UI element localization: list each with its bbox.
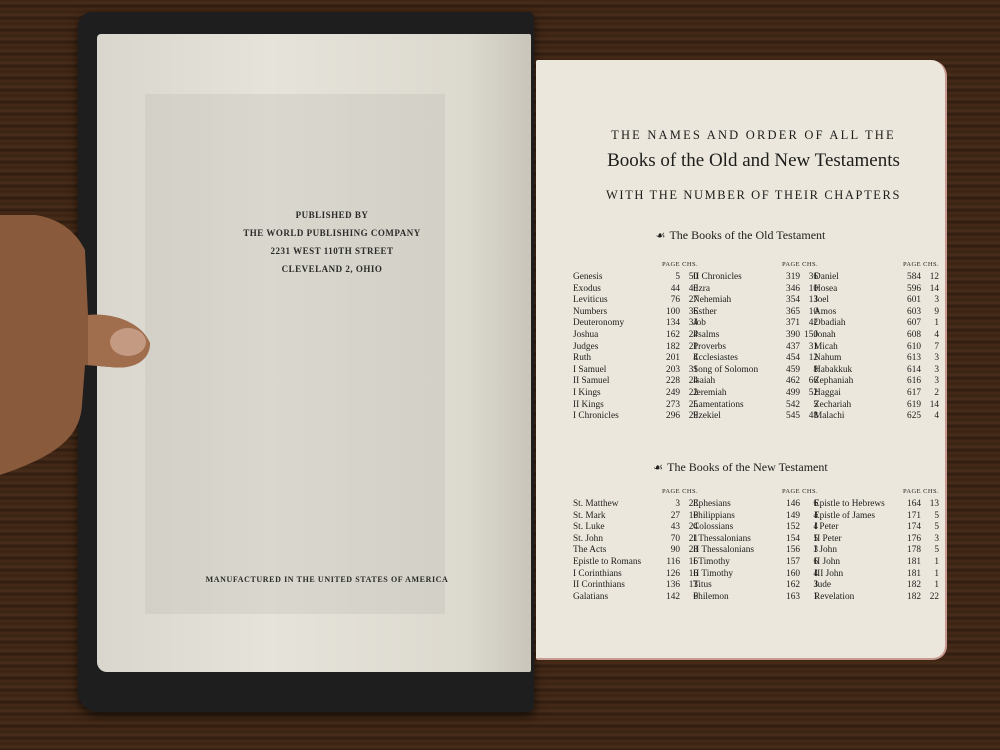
ornament-icon: ☙ xyxy=(656,230,666,242)
page-header: PAGE xyxy=(897,261,921,268)
book-page: 160 xyxy=(776,569,800,581)
book-chapters: 2 xyxy=(921,388,939,400)
book-row: II Thessalonians1563 xyxy=(693,545,818,557)
book-name: Ruth xyxy=(573,353,656,365)
book-page: 619 xyxy=(897,400,921,412)
book-name: Joel xyxy=(814,295,897,307)
book-chapters: 1 xyxy=(921,569,939,581)
new-testament-heading: ☙The Books of the New Testament xyxy=(536,460,945,475)
book-row: Daniel58412 xyxy=(814,272,939,284)
book-name: Habakkuk xyxy=(814,365,897,377)
book-row: St. John7021 xyxy=(573,534,698,546)
book-name: II Kings xyxy=(573,400,656,412)
book-page: 43 xyxy=(656,522,680,534)
book-row: Lamentations5425 xyxy=(693,400,818,412)
book-row: Deuteronomy13434 xyxy=(573,318,698,330)
book-row: Numbers10036 xyxy=(573,307,698,319)
book-page: 182 xyxy=(656,342,680,354)
book-page: 354 xyxy=(776,295,800,307)
book-page: 203 xyxy=(656,365,680,377)
book-name: Judges xyxy=(573,342,656,354)
column-header: PAGECHS. xyxy=(814,261,939,272)
book-row: Colossians1524 xyxy=(693,522,818,534)
book-row: Song of Solomon4598 xyxy=(693,365,818,377)
book-chapters: 1 xyxy=(921,557,939,569)
book-page: 617 xyxy=(897,388,921,400)
book-page: 614 xyxy=(897,365,921,377)
book-row: I John1785 xyxy=(814,545,939,557)
index-title-line3: WITH THE NUMBER OF THEIR CHAPTERS xyxy=(576,188,931,203)
book-page: 545 xyxy=(776,411,800,423)
book-page: 154 xyxy=(776,534,800,546)
published-by: PUBLISHED BY xyxy=(227,206,437,224)
page-header: PAGE xyxy=(656,261,680,268)
book-page: 164 xyxy=(897,499,921,511)
book-page: 390 xyxy=(776,330,800,342)
book-row: Ezra34610 xyxy=(693,284,818,296)
book-name: Galatians xyxy=(573,592,656,604)
book-page: 156 xyxy=(776,545,800,557)
book-name: I John xyxy=(814,545,897,557)
chs-header: CHS. xyxy=(921,488,939,495)
book-row: Jude1821 xyxy=(814,580,939,592)
book-chapters: 14 xyxy=(921,284,939,296)
hand xyxy=(0,215,150,475)
book-row: Micah6107 xyxy=(814,342,939,354)
book-name: Epistle of James xyxy=(814,511,897,523)
book-name: I Kings xyxy=(573,388,656,400)
book-page: 462 xyxy=(776,376,800,388)
book-row: Joel6013 xyxy=(814,295,939,307)
book-name: Epistle to Romans xyxy=(573,557,656,569)
page-header: PAGE xyxy=(776,488,800,495)
book-row: I Thessalonians1545 xyxy=(693,534,818,546)
book-row: Leviticus7627 xyxy=(573,295,698,307)
book-page: 346 xyxy=(776,284,800,296)
book-page: 162 xyxy=(776,580,800,592)
book-page: 228 xyxy=(656,376,680,388)
book-row: Nehemiah35413 xyxy=(693,295,818,307)
book-row: Ephesians1466 xyxy=(693,499,818,511)
book-name: Epistle to Hebrews xyxy=(814,499,897,511)
book-name: I Chronicles xyxy=(573,411,656,423)
book-column: PAGECHS.Daniel58412Hosea59614Joel6013Amo… xyxy=(814,261,939,423)
book-row: Exodus4440 xyxy=(573,284,698,296)
book-name: Haggai xyxy=(814,388,897,400)
book-page: 174 xyxy=(897,522,921,534)
book-name: Esther xyxy=(693,307,776,319)
book-page: 319 xyxy=(776,272,800,284)
book-page: 181 xyxy=(897,569,921,581)
book-row: III John1811 xyxy=(814,569,939,581)
book-page: 162 xyxy=(656,330,680,342)
book-chapters: 4 xyxy=(921,330,939,342)
right-page: THE NAMES AND ORDER OF ALL THE Books of … xyxy=(536,60,947,660)
book-chapters: 3 xyxy=(921,376,939,388)
book-page: 542 xyxy=(776,400,800,412)
book-page: 273 xyxy=(656,400,680,412)
book-name: Proverbs xyxy=(693,342,776,354)
book-page: 76 xyxy=(656,295,680,307)
book-row: II Kings27325 xyxy=(573,400,698,412)
book-chapters: 1 xyxy=(921,318,939,330)
book-name: Jeremiah xyxy=(693,388,776,400)
book-chapters: 13 xyxy=(921,499,939,511)
book-row: Ecclesiastes45412 xyxy=(693,353,818,365)
book-page: 454 xyxy=(776,353,800,365)
book-chapters: 3 xyxy=(921,365,939,377)
book-row: Obadiah6071 xyxy=(814,318,939,330)
book-page: 499 xyxy=(776,388,800,400)
book-page: 142 xyxy=(656,592,680,604)
book-row: Joshua16224 xyxy=(573,330,698,342)
book-page: 171 xyxy=(897,511,921,523)
book-row: Jeremiah49952 xyxy=(693,388,818,400)
book-name: Zephaniah xyxy=(814,376,897,388)
book-row: Zechariah61914 xyxy=(814,400,939,412)
book-name: I Thessalonians xyxy=(693,534,776,546)
book-name: I Peter xyxy=(814,522,897,534)
book-page: 625 xyxy=(897,411,921,423)
book-row: St. Matthew328 xyxy=(573,499,698,511)
column-header: PAGECHS. xyxy=(573,261,698,272)
book-name: St. Matthew xyxy=(573,499,656,511)
book-chapters: 3 xyxy=(921,534,939,546)
book-name: III John xyxy=(814,569,897,581)
book-name: I Timothy xyxy=(693,557,776,569)
book-name: Job xyxy=(693,318,776,330)
book-page: 601 xyxy=(897,295,921,307)
book-chapters: 4 xyxy=(921,411,939,423)
book-name: Genesis xyxy=(573,272,656,284)
book-row: Proverbs43731 xyxy=(693,342,818,354)
book-row: Esther36510 xyxy=(693,307,818,319)
book-name: Titus xyxy=(693,580,776,592)
book-row: Galatians1426 xyxy=(573,592,698,604)
book-page: 365 xyxy=(776,307,800,319)
book-column: PAGECHS.Epistle to Hebrews16413Epistle o… xyxy=(814,488,939,603)
book-row: Psalms390150 xyxy=(693,330,818,342)
book-page: 182 xyxy=(897,580,921,592)
book-page: 157 xyxy=(776,557,800,569)
publisher-city: CLEVELAND 2, OHIO xyxy=(227,260,437,278)
book-name: Ezra xyxy=(693,284,776,296)
book-row: Titus1623 xyxy=(693,580,818,592)
book-column: PAGECHS.II Chronicles31936Ezra34610Nehem… xyxy=(693,261,818,423)
book-row: Epistle to Romans11616 xyxy=(573,557,698,569)
book-name: Colossians xyxy=(693,522,776,534)
book-page: 613 xyxy=(897,353,921,365)
column-header: PAGECHS. xyxy=(573,488,698,499)
book-name: Amos xyxy=(814,307,897,319)
column-header: PAGECHS. xyxy=(693,261,818,272)
book-name: Numbers xyxy=(573,307,656,319)
book-page: 596 xyxy=(897,284,921,296)
book-name: Psalms xyxy=(693,330,776,342)
index-title-line1: THE NAMES AND ORDER OF ALL THE xyxy=(576,128,931,143)
book-page: 176 xyxy=(897,534,921,546)
book-page: 603 xyxy=(897,307,921,319)
book-chapters: 5 xyxy=(921,545,939,557)
book-column: PAGECHS.Ephesians1466Philippians1494Colo… xyxy=(693,488,818,603)
book-name: Deuteronomy xyxy=(573,318,656,330)
chs-header: CHS. xyxy=(921,261,939,268)
book-name: II John xyxy=(814,557,897,569)
book-chapters: 12 xyxy=(921,272,939,284)
book-row: II Timothy1604 xyxy=(693,569,818,581)
book-row: Revelation18222 xyxy=(814,592,939,604)
book-row: Zephaniah6163 xyxy=(814,376,939,388)
book-name: Micah xyxy=(814,342,897,354)
book-chapters: 9 xyxy=(921,307,939,319)
book-name: Hosea xyxy=(814,284,897,296)
book-name: St. John xyxy=(573,534,656,546)
book-name: Revelation xyxy=(814,592,897,604)
book-row: Haggai6172 xyxy=(814,388,939,400)
book-name: Obadiah xyxy=(814,318,897,330)
book-name: Lamentations xyxy=(693,400,776,412)
book-page: 607 xyxy=(897,318,921,330)
book-chapters: 1 xyxy=(921,580,939,592)
book-row: Philemon1631 xyxy=(693,592,818,604)
book-page: 610 xyxy=(897,342,921,354)
book-row: I Timothy1576 xyxy=(693,557,818,569)
book-row: I Chronicles29629 xyxy=(573,411,698,423)
book-page: 459 xyxy=(776,365,800,377)
book-chapters: 3 xyxy=(921,353,939,365)
book-row: Nahum6133 xyxy=(814,353,939,365)
book-row: II Samuel22824 xyxy=(573,376,698,388)
book-page: 437 xyxy=(776,342,800,354)
book-page: 182 xyxy=(897,592,921,604)
book-page: 616 xyxy=(897,376,921,388)
book-name: II Corinthians xyxy=(573,580,656,592)
book-page: 163 xyxy=(776,592,800,604)
book-page: 3 xyxy=(656,499,680,511)
book-row: II Peter1763 xyxy=(814,534,939,546)
book-row: II Chronicles31936 xyxy=(693,272,818,284)
book-row: The Acts9028 xyxy=(573,545,698,557)
show-through-text xyxy=(145,94,445,614)
book-page: 584 xyxy=(897,272,921,284)
book-row: Malachi6254 xyxy=(814,411,939,423)
book-name: Zechariah xyxy=(814,400,897,412)
book-page: 149 xyxy=(776,511,800,523)
book-row: Philippians1494 xyxy=(693,511,818,523)
book-row: Ruth2014 xyxy=(573,353,698,365)
book-name: II Timothy xyxy=(693,569,776,581)
publisher-name: THE WORLD PUBLISHING COMPANY xyxy=(227,224,437,242)
book-row: Jonah6084 xyxy=(814,330,939,342)
book-row: Habakkuk6143 xyxy=(814,365,939,377)
book-name: Jude xyxy=(814,580,897,592)
book-name: II Samuel xyxy=(573,376,656,388)
book-page: 100 xyxy=(656,307,680,319)
book-name: Nehemiah xyxy=(693,295,776,307)
book-row: II John1811 xyxy=(814,557,939,569)
book-row: Ezekiel54548 xyxy=(693,411,818,423)
book-row: Isaiah46266 xyxy=(693,376,818,388)
book-row: Epistle to Hebrews16413 xyxy=(814,499,939,511)
book-chapters: 3 xyxy=(921,295,939,307)
book-name: The Acts xyxy=(573,545,656,557)
book-column: PAGECHS.St. Matthew328St. Mark2716St. Lu… xyxy=(573,488,698,603)
book-page: 70 xyxy=(656,534,680,546)
book-page: 5 xyxy=(656,272,680,284)
book-page: 201 xyxy=(656,353,680,365)
book-name: Ecclesiastes xyxy=(693,353,776,365)
book-row: Hosea59614 xyxy=(814,284,939,296)
book-page: 116 xyxy=(656,557,680,569)
book-name: Exodus xyxy=(573,284,656,296)
book-name: Nahum xyxy=(814,353,897,365)
book-row: I Samuel20331 xyxy=(573,365,698,377)
book-column: PAGECHS.Genesis550Exodus4440Leviticus762… xyxy=(573,261,698,423)
book-row: Job37142 xyxy=(693,318,818,330)
book-chapters: 22 xyxy=(921,592,939,604)
page-header: PAGE xyxy=(656,488,680,495)
book-chapters: 5 xyxy=(921,522,939,534)
book-chapters: 14 xyxy=(921,400,939,412)
book-page: 146 xyxy=(776,499,800,511)
publisher-address: 2231 WEST 110TH STREET xyxy=(227,242,437,260)
book-name: II Thessalonians xyxy=(693,545,776,557)
old-testament-heading: ☙The Books of the Old Testament xyxy=(536,228,945,243)
book-name: St. Luke xyxy=(573,522,656,534)
book-name: Daniel xyxy=(814,272,897,284)
book-page: 134 xyxy=(656,318,680,330)
book-name: Philippians xyxy=(693,511,776,523)
book-page: 371 xyxy=(776,318,800,330)
book-name: II Chronicles xyxy=(693,272,776,284)
book-row: St. Mark2716 xyxy=(573,511,698,523)
book-page: 296 xyxy=(656,411,680,423)
book-name: St. Mark xyxy=(573,511,656,523)
book-page: 90 xyxy=(656,545,680,557)
book-row: Genesis550 xyxy=(573,272,698,284)
book-row: I Peter1745 xyxy=(814,522,939,534)
book-row: Epistle of James1715 xyxy=(814,511,939,523)
book-page: 136 xyxy=(656,580,680,592)
column-header: PAGECHS. xyxy=(693,488,818,499)
index-title-main: Books of the Old and New Testaments xyxy=(576,150,931,172)
book-name: Jonah xyxy=(814,330,897,342)
publisher-block: PUBLISHED BY THE WORLD PUBLISHING COMPAN… xyxy=(227,206,437,278)
manufactured-note: MANUFACTURED IN THE UNITED STATES OF AME… xyxy=(197,575,457,584)
book-row: St. Luke4324 xyxy=(573,522,698,534)
book-name: Ezekiel xyxy=(693,411,776,423)
book-name: Song of Solomon xyxy=(693,365,776,377)
book-name: Philemon xyxy=(693,592,776,604)
book-chapters: 5 xyxy=(921,511,939,523)
book-row: I Corinthians12616 xyxy=(573,569,698,581)
book-name: I Corinthians xyxy=(573,569,656,581)
book-name: Malachi xyxy=(814,411,897,423)
book-chapters: 7 xyxy=(921,342,939,354)
book-row: Amos6039 xyxy=(814,307,939,319)
book-page: 126 xyxy=(656,569,680,581)
book-name: Leviticus xyxy=(573,295,656,307)
page-header: PAGE xyxy=(897,488,921,495)
book-page: 178 xyxy=(897,545,921,557)
book-page: 44 xyxy=(656,284,680,296)
book-row: I Kings24922 xyxy=(573,388,698,400)
book-page: 181 xyxy=(897,557,921,569)
book-page: 152 xyxy=(776,522,800,534)
column-header: PAGECHS. xyxy=(814,488,939,499)
page-header: PAGE xyxy=(776,261,800,268)
book-name: Isaiah xyxy=(693,376,776,388)
book-row: II Corinthians13613 xyxy=(573,580,698,592)
book-name: Ephesians xyxy=(693,499,776,511)
book-page: 27 xyxy=(656,511,680,523)
book-name: Joshua xyxy=(573,330,656,342)
book-row: Judges18221 xyxy=(573,342,698,354)
ornament-icon: ☙ xyxy=(653,462,663,474)
book-name: I Samuel xyxy=(573,365,656,377)
left-page: PUBLISHED BY THE WORLD PUBLISHING COMPAN… xyxy=(97,34,531,672)
book-name: II Peter xyxy=(814,534,897,546)
book-page: 249 xyxy=(656,388,680,400)
book-page: 608 xyxy=(897,330,921,342)
